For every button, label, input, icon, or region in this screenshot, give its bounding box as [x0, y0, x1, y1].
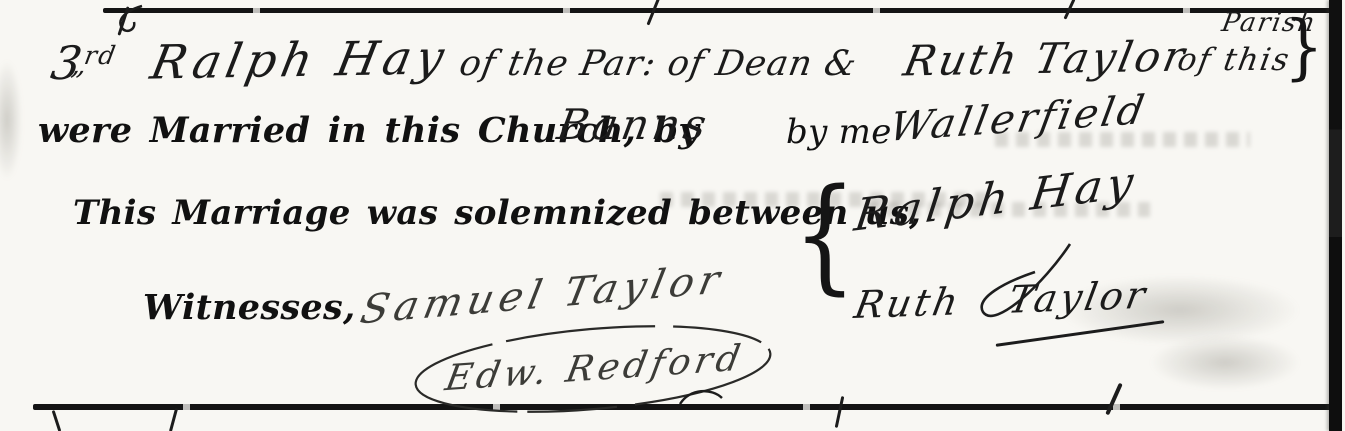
paper-smudge	[1150, 335, 1300, 390]
marriage-register-scan: 3rd „ Ralph Hay of the Par: of Dean & Ru…	[0, 0, 1345, 431]
signature-descender-loop	[975, 242, 1085, 337]
pen-stroke	[1105, 383, 1122, 416]
paper-smudge	[0, 60, 22, 180]
printed-witnesses-label: Witnesses,	[143, 287, 355, 328]
groom-signature: Ralph Hay	[852, 155, 1141, 241]
bride-signature-first: Ruth	[851, 279, 964, 327]
top-rule-line	[103, 8, 1331, 13]
pen-stroke	[52, 410, 62, 431]
bride-residence-text: of this	[1175, 42, 1294, 78]
bride-name-entry: Ruth Taylor	[900, 32, 1192, 86]
pen-curve	[678, 386, 724, 406]
line1-closing-brace: }	[1284, 11, 1323, 82]
couple-opening-brace: {	[793, 172, 857, 297]
marriage-method-entry: Banns	[554, 100, 714, 149]
right-margin-bar	[1329, 0, 1342, 431]
groom-name-entry: Ralph Hay	[146, 30, 453, 90]
party-connecting-text: of the Par: of Dean &	[456, 44, 860, 84]
pen-stroke	[835, 396, 845, 428]
printed-by-me: by me	[786, 112, 892, 152]
pen-loop	[108, 4, 148, 38]
pen-stroke	[169, 408, 178, 431]
